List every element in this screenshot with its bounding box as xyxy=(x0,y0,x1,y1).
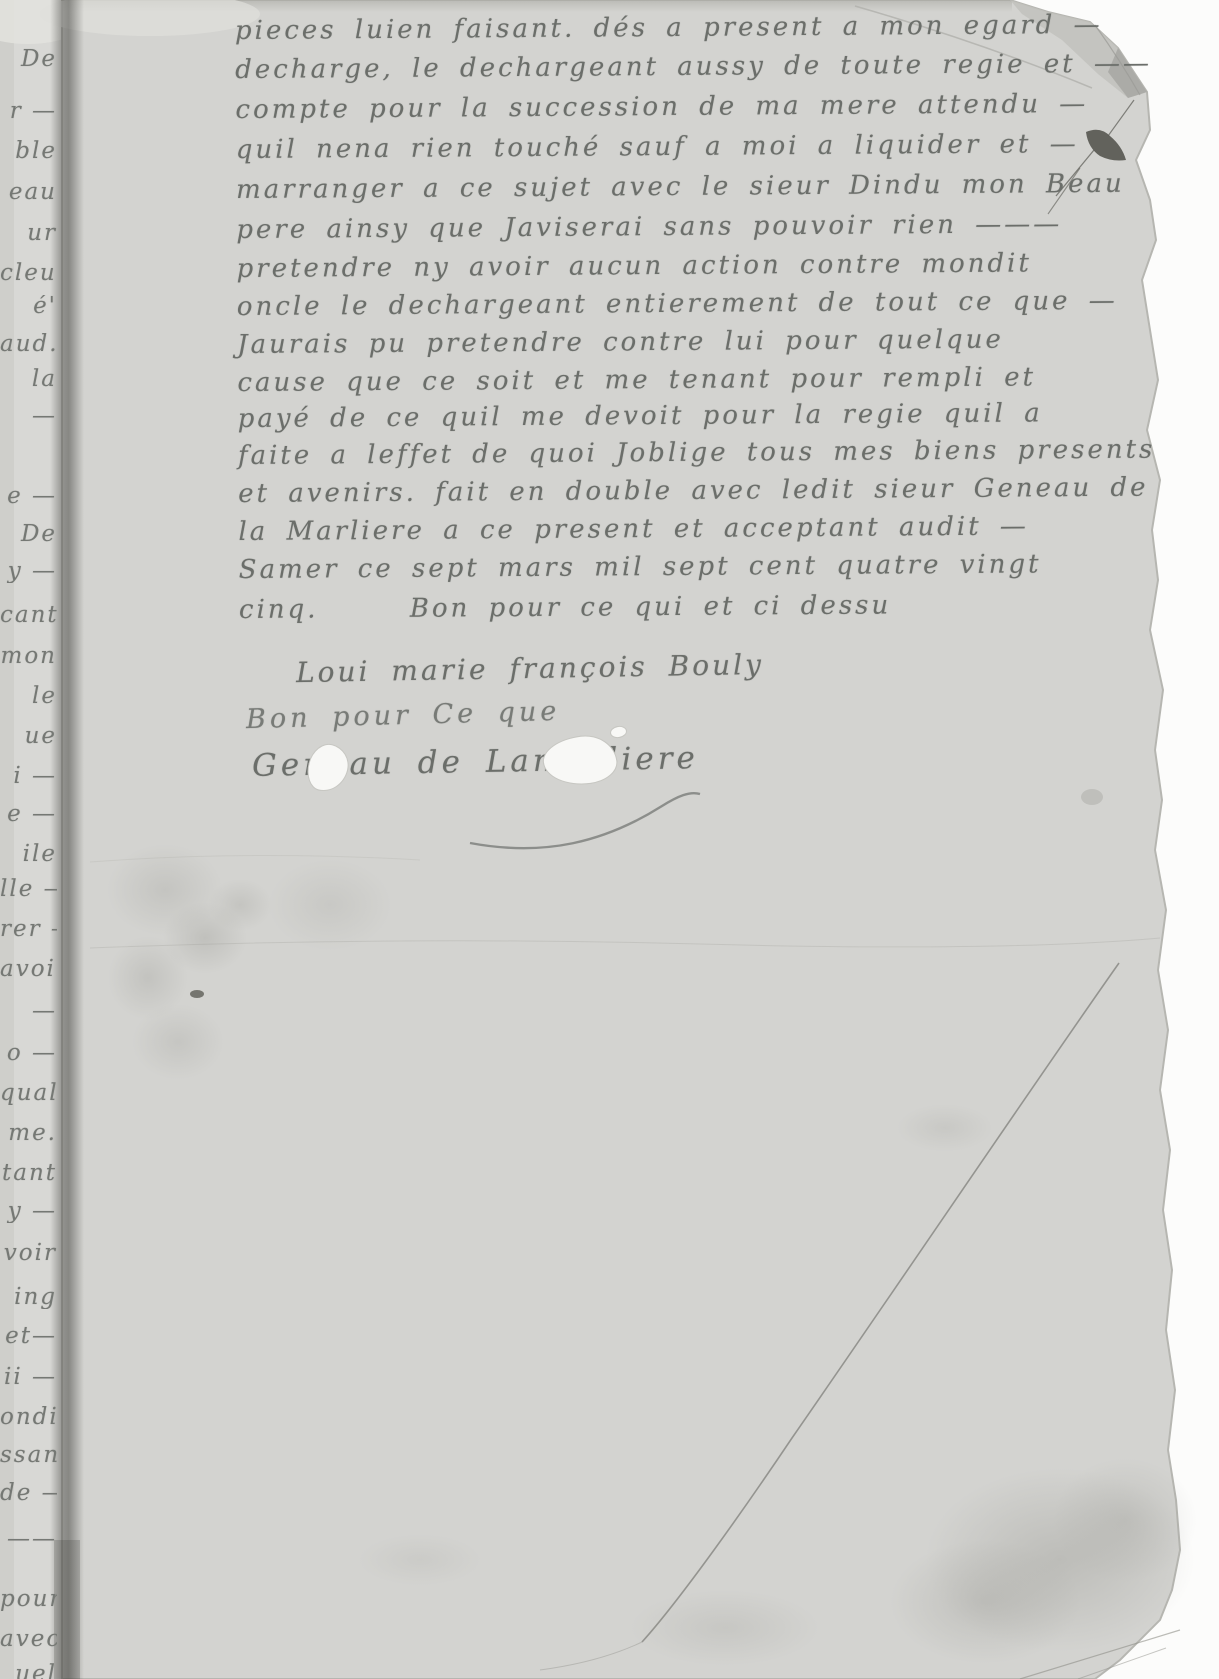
manuscript-line: Jaurais pu pretendre contre lui pour que… xyxy=(237,327,1004,358)
manuscript-text-block: pieces luien faisant. dés a present a mo… xyxy=(0,0,1219,1679)
manuscript-line: payé de ce quil me devoit pour la regie … xyxy=(238,400,1043,432)
manuscript-line: decharge, le dechargeant aussy de toute … xyxy=(235,51,1152,83)
document-scan: Der —bleeauurcleuré'aud.la—e —Dey —cant.… xyxy=(0,0,1219,1679)
manuscript-line: et avenirs. fait en double avec ledit si… xyxy=(238,475,1148,507)
manuscript-line: compte pour la succession de ma mere att… xyxy=(235,91,1088,123)
manuscript-line: cause que ce soit et me tenant pour remp… xyxy=(237,364,1036,396)
manuscript-line: la Marliere a ce present et acceptant au… xyxy=(238,513,1029,545)
manuscript-line: faite a leffet de quoi Joblige tous mes … xyxy=(238,437,1156,469)
manuscript-line: pieces luien faisant. dés a present a mo… xyxy=(235,12,1103,44)
manuscript-line: marranger a ce sujet avec le sieur Dindu… xyxy=(236,171,1125,203)
manuscript-line: cinq. Bon pour ce qui et ci dessu xyxy=(239,592,891,623)
manuscript-line: pretendre ny avoir aucun action contre m… xyxy=(237,250,1032,282)
manuscript-line: Samer ce sept mars mil sept cent quatre … xyxy=(239,551,1042,583)
manuscript-line: oncle le dechargeant entierement de tout… xyxy=(237,288,1118,320)
manuscript-line: pere ainsy que Javiserai sans pouvoir ri… xyxy=(236,211,1062,243)
manuscript-line: quil nena rien touché sauf a moi a liqui… xyxy=(236,131,1079,163)
